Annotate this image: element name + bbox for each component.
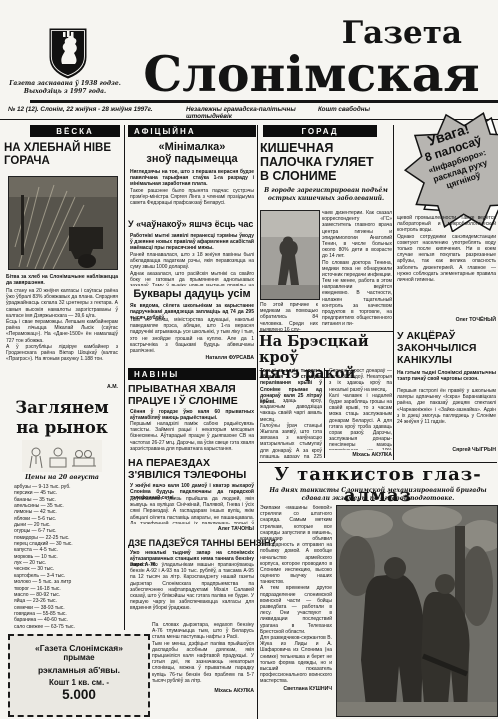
bukvary-body: Тым не менш, міністэрства адукацыі, нако… (130, 317, 254, 353)
section-label: ВЁСКА (56, 127, 94, 136)
infection-col-right: щевой промышленности. Также ведётся лабо… (397, 215, 496, 315)
issue-price: Кошт свабодны (318, 106, 408, 113)
infection-photo (260, 210, 320, 300)
newspaper-page: Газета заснавана ў 1938 годзе. Выходзіць… (0, 0, 498, 719)
section-label: ГОРАД (301, 127, 338, 136)
blood-signature: Міхась АКУЛКА (329, 452, 392, 458)
soldier-silhouette (361, 574, 425, 716)
actors-headline: У АКЦЁРАЎ ЗАКОНЧЫЛІСЯ КАНІКУЛЫ (397, 331, 496, 366)
blood-col-2: Сярэдні ўзрост донараў — каля 30 гадоў. … (329, 368, 392, 450)
harvest-body: Па стану на 20 жніўня калгасы і саўгасы … (6, 288, 118, 380)
soldier-silhouette (421, 592, 470, 716)
column-rule (124, 125, 125, 630)
infection-col-mid: чаев дизентерии. Как сказал корреспонден… (322, 210, 392, 332)
radio-lead: Сёння ў горадзе ўжо каля 60 прыватных аў… (130, 409, 254, 421)
chaunaki-body: Раней планавалася, што з 18 жніўня павін… (130, 252, 254, 286)
actors-lead: На гэтым тыдні Слонімскі драматычны тэат… (397, 370, 496, 382)
phones-body: Доўгачаканая сувязь прыйшла да людзей, я… (130, 496, 254, 524)
blood-col-1: Каб здаць кроў, жадаючым даводзіцца чака… (260, 398, 322, 458)
tank-photo (336, 505, 498, 717)
column-rule (393, 125, 394, 460)
harvest-photo (8, 176, 118, 270)
benzin-body: Замест яго ўладальнікам машын прапаноўва… (130, 562, 254, 620)
article-rule (259, 331, 393, 332)
phones-signature: Алег ТАЧОНЫ (130, 526, 254, 532)
minimalka-lead: Нягледзячы на тое, што з першага верасня… (130, 169, 254, 188)
chaunaki-headline: У «чаўнакоў» яшчэ ёсць час (128, 219, 256, 229)
bukvary-headline: Буквары дадуць усім (128, 288, 256, 300)
bukvary-signature: Наталля ФУРСАВА (130, 355, 254, 361)
section-bar-news: НАВІНЫ (128, 368, 256, 380)
coat-of-arms-logo (46, 26, 90, 80)
section-bar-city: ГОРАД (263, 125, 377, 137)
column-rule (257, 125, 258, 719)
radio-headline: ПРЫВАТНАЯ ХВАЛЯ ПРАЦУЕ І Ў СЛОНІМЕ (128, 384, 256, 408)
section-label: НАВІНЫ (134, 370, 179, 379)
minimalka-body: Такое рашэнне было прынята падчас сустрэ… (130, 188, 254, 207)
market-subhead: Цены на 20 августа (4, 474, 120, 481)
actors-signature: Сяргей ЧЫГРЫН (397, 447, 496, 453)
infection-headline: КИШЕЧНАЯ ПАЛОЧКА ГУЛЯЕТ В СЛОНИМЕ (260, 141, 392, 183)
benzin-signature: Міхась АКУЛКА (152, 688, 254, 694)
tank-signature: Светлана КУШНИЧ (260, 686, 332, 692)
market-headline: Заглянем на рынок (4, 398, 120, 438)
ad-line-2: прымае (10, 653, 148, 662)
masthead-founded: Газета заснавана ў 1938 годзе. Выходзіць… (2, 80, 128, 96)
benzin-body-continued: Па словах дырэктара, недахоп бензіну А-7… (152, 622, 254, 684)
phones-headline: НА ПЕРАЕЗДАХ З'ЯВІЛІСЯ ТЭЛЕФОНЫ (128, 458, 256, 482)
ad-box: «Газета Слонімская» прымае рэкламныя аб'… (8, 634, 150, 717)
section-label: АФІЦЫЙНА (134, 127, 196, 136)
market-price-list: арбузы — 9-13 тыс. руб. персики — 45 тыс… (14, 484, 120, 630)
section-bar-official: АФІЦЫЙНА (128, 125, 256, 137)
attention-badge: Увага! 8 палосаў «Інфарбюро»: расклад ру… (398, 100, 498, 232)
issue-subtitle: Незалежны грамадска-палітычны штотыднёві… (186, 106, 336, 120)
minimalka-headline: «Мінімалка» зноў падымецца (128, 141, 256, 166)
radio-body: Першымі наладзілі паміж сабою радыёсувяз… (130, 421, 254, 455)
ad-line-3: рэкламныя аб'явы. (10, 665, 148, 675)
issue-info: № 12 (12). Слонім, 22 жніўня - 28 жніўня… (8, 106, 178, 113)
article-rule (259, 462, 497, 463)
section-bar-village: ВЁСКА (30, 125, 120, 137)
sub-column-rule (324, 368, 325, 458)
harvest-headline: НА ХЛЕБНАЙ НІВЕ ГОРАЧА (4, 142, 120, 168)
infection-col-left: По этой причине к медикам за помощью обр… (260, 302, 318, 332)
harvest-signature: А.М. (6, 384, 118, 390)
tank-lead: На днях танкисты Слонимской механизирова… (259, 487, 497, 503)
ad-line-1: «Газета Слонімская» (10, 643, 148, 653)
benzin-headline: ДЗЕ ПАДЗЕЎСЯ ТАННЫ БЕНЗІН? (128, 538, 258, 548)
ad-line-4: Кошт 1 кв. см. - (10, 678, 148, 687)
infection-signature: Олег ТОЧЁНЫЙ (397, 317, 496, 323)
infection-lead: В городе зарегистрирован подъём острых к… (260, 187, 392, 203)
masthead-pretitle: Газета (300, 20, 462, 48)
harvest-lead: Бітва за хлеб на Слонімшчыне набліжаецца… (6, 274, 118, 286)
market-sketch (22, 440, 102, 472)
ad-price: 5.000 (10, 687, 148, 702)
actors-body: Першыя гастролі ён правёў у школьным лаг… (397, 388, 496, 444)
chaunaki-lead: Работнікі мытні заявілі перанесці тэрмін… (130, 233, 254, 252)
tank-body: Экипажи «машины боевой» стреляли со штат… (260, 505, 332, 683)
masthead-title: Слонімская (126, 52, 497, 96)
